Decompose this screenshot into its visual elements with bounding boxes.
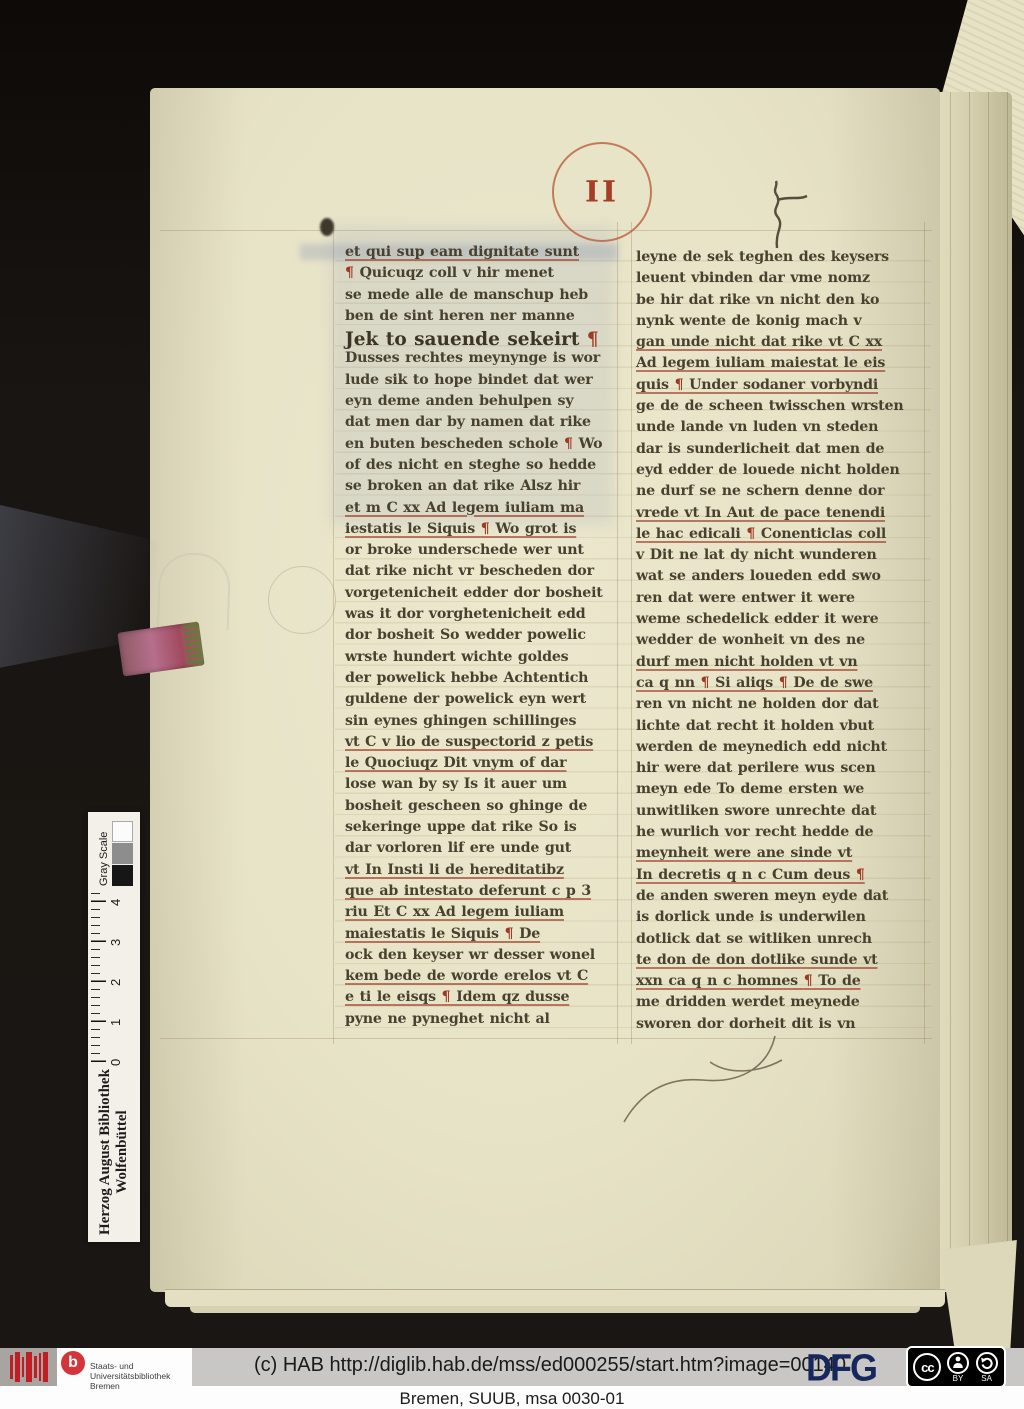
- manuscript-line: dotlick dat se witliken unrech: [636, 931, 930, 952]
- manuscript-line: v Dit ne lat dy nicht wunderen: [636, 547, 930, 568]
- scale-number: 3: [108, 906, 123, 946]
- manuscript-line: le Quociuqz Dit vnym of dar: [345, 755, 617, 776]
- suub-library-name: Staats- und Universitätsbibliothek Breme…: [90, 1361, 170, 1391]
- manuscript-line: dat men dar by namen dat rike: [345, 414, 617, 435]
- ink-blot: [320, 218, 334, 236]
- cc-icon: cc: [913, 1353, 941, 1381]
- underlying-page-edge: [165, 1289, 945, 1307]
- manuscript-line: unde lande vn luden vn steden: [636, 419, 930, 440]
- scale-number: 1: [108, 986, 123, 1026]
- pilcrow-mark: ¶: [481, 521, 490, 537]
- library-name-line1: Herzog August Bibliothek: [97, 1062, 114, 1242]
- cc-license-badge: cc BY SA: [906, 1346, 1006, 1388]
- scale-number: 0: [108, 1026, 123, 1066]
- manuscript-line: wrste hundert wichte goldes: [345, 649, 617, 670]
- pilcrow-mark: ¶: [345, 265, 354, 281]
- manuscript-line: Jek to sauende sekeirt ¶: [345, 329, 617, 350]
- manuscript-line: der powelick hebbe Achtentich: [345, 670, 617, 691]
- pilcrow-mark: ¶: [564, 436, 573, 452]
- manuscript-line: maiestatis le Siquis ¶ De: [345, 926, 617, 947]
- manuscript-line: et qui sup eam dignitate sunt: [345, 244, 617, 265]
- manuscript-line: riu Et C xx Ad legem iuliam: [345, 904, 617, 925]
- manuscript-line: se mede alle de manschup heb: [345, 287, 617, 308]
- manuscript-line: bosheit gescheen so ghinge de: [345, 798, 617, 819]
- underlying-page-edge-2: [190, 1306, 920, 1313]
- manuscript-line: dor bosheit So wedder powelic: [345, 627, 617, 648]
- right-text-column: leyne de sek teghen des keysersleuent vb…: [636, 249, 930, 1037]
- barcode-bar: [34, 1356, 37, 1378]
- manuscript-line: xxn ca q n c homnes ¶ To de: [636, 973, 930, 994]
- manuscript-line: Ad legem iuliam maiestat le eis: [636, 355, 930, 376]
- by-person-icon: [946, 1351, 970, 1375]
- owning-library-label: Herzog August Bibliothek Wolfenbüttel: [88, 1062, 140, 1242]
- gray-scale-square-gray: [112, 843, 133, 864]
- manuscript-line: en buten bescheden schole ¶ Wo: [345, 436, 617, 457]
- manuscript-line: vrede vt In Aut de pace tenendi: [636, 505, 930, 526]
- faint-pencil-circle: [268, 566, 336, 634]
- manuscript-line: unwitliken swore unrechte dat: [636, 803, 930, 824]
- barcode-bar: [15, 1352, 20, 1382]
- manuscript-line: lose wan by sy Is it auer um: [345, 776, 617, 797]
- manuscript-line: ¶ Quicuqz coll v hir menet: [345, 265, 617, 286]
- suub-name-line1: Staats- und: [90, 1361, 170, 1371]
- manuscript-line: de anden sweren meyn eyde dat: [636, 888, 930, 909]
- manuscript-line: In decretis q n c Cum deus ¶: [636, 867, 930, 888]
- manuscript-line: ren dat were entwer it were: [636, 590, 930, 611]
- manuscript-line: te don de don dotlike sunde vt: [636, 952, 930, 973]
- manuscript-line: e ti le eisqs ¶ Idem qz dusse: [345, 989, 617, 1010]
- manuscript-line: me dridden werdet meynede: [636, 994, 930, 1015]
- scale-numbers: 01234: [108, 866, 123, 1066]
- sa-arrow-icon: [975, 1351, 999, 1375]
- suub-barcode-logo: [0, 1348, 57, 1386]
- manuscript-line: werden de meynedich edd nicht: [636, 739, 930, 760]
- manuscript-line: lude sik to hope bindet dat wer: [345, 372, 617, 393]
- pilcrow-mark: ¶: [505, 926, 514, 942]
- ruling-line-vertical: [631, 222, 632, 1044]
- barcode-bar: [10, 1355, 13, 1379]
- manuscript-line: le hac edicali ¶ Conenticlas coll: [636, 526, 930, 547]
- library-name-line2: Wolfenbüttel: [114, 1062, 131, 1242]
- photo-background: II et qui sup eam dignitate sunt¶ Quicuq…: [0, 0, 1024, 1348]
- manuscript-line: dar is sunderlicheit dat men de: [636, 441, 930, 462]
- manuscript-line: pyne ne pyneghet nicht al: [345, 1011, 617, 1032]
- manuscript-line: or broke underschede wer unt: [345, 542, 617, 563]
- manuscript-line: kem bede de worde erelos vt C: [345, 968, 617, 989]
- scale-number: 2: [108, 946, 123, 986]
- by-label: BY: [953, 1375, 964, 1383]
- manuscript-line: sekeringe uppe dat rike So is: [345, 819, 617, 840]
- manuscript-line: sin eynes ghingen schillinges: [345, 713, 617, 734]
- manuscript-line: hir were dat perilere wus scen: [636, 760, 930, 781]
- pilcrow-mark: ¶: [442, 989, 451, 1005]
- pilcrow-mark: ¶: [779, 675, 788, 691]
- manuscript-line: meynheit were ane sinde vt: [636, 845, 930, 866]
- manuscript-line: ge de de scheen twisschen wrsten: [636, 398, 930, 419]
- manuscript-line: ne durf se ne schern denne dor: [636, 483, 930, 504]
- manuscript-line: Dusses rechtes meynynge is wor: [345, 350, 617, 371]
- manuscript-line: lichte dat recht it holden vbut: [636, 718, 930, 739]
- manuscript-line: ock den keyser wr desser wonel: [345, 947, 617, 968]
- manuscript-line: weme schedelick edder it were: [636, 611, 930, 632]
- manuscript-line: ren vn nicht ne holden dor dat: [636, 696, 930, 717]
- manuscript-line: was it dor vorghetenicheit edd: [345, 606, 617, 627]
- pen-flourish-bottom: [610, 1032, 840, 1127]
- by-icon-stack: BY: [946, 1351, 970, 1383]
- manuscript-line: que ab intestato deferunt c p 3: [345, 883, 617, 904]
- manuscript-line: wedder de wonheit vn des ne: [636, 632, 930, 653]
- pilcrow-mark: ¶: [587, 329, 599, 350]
- scale-major-ticks: [91, 892, 106, 1062]
- gray-scale-square-white: [112, 821, 133, 842]
- pilcrow-mark: ¶: [856, 867, 865, 883]
- folio-number-circle: II: [552, 142, 652, 242]
- manuscript-line: dar vorloren lif ere unde gut: [345, 840, 617, 861]
- barcode-bar: [26, 1352, 32, 1382]
- manuscript-line: vorgetenicheit edder dor bosheit: [345, 585, 617, 606]
- manuscript-line: nynk wente de konig mach v: [636, 313, 930, 334]
- dfg-logo: DFG: [806, 1346, 876, 1390]
- manuscript-line: iestatis le Siquis ¶ Wo grot is: [345, 521, 617, 542]
- manuscript-line: eyn deme anden behulpen sy: [345, 393, 617, 414]
- manuscript-line: guldene der powelick eyn wert: [345, 691, 617, 712]
- pilcrow-mark: ¶: [701, 675, 710, 691]
- manuscript-line: wat se anders loueden edd swo: [636, 568, 930, 589]
- cc-icon-stack: cc: [913, 1353, 941, 1381]
- manuscript-line: dat rike nicht vr bescheden dor: [345, 563, 617, 584]
- barcode-bar: [22, 1357, 24, 1377]
- pilcrow-mark: ¶: [804, 973, 813, 989]
- folio-number: II: [585, 175, 619, 208]
- left-text-column: et qui sup eam dignitate sunt¶ Quicuqz c…: [345, 244, 617, 1032]
- barcode-bar: [39, 1353, 41, 1381]
- manuscript-line: leyne de sek teghen des keysers: [636, 249, 930, 270]
- manuscript-line: he wurlich vor recht hedde de: [636, 824, 930, 845]
- manuscript-line: vt In Insti li de hereditatibz: [345, 862, 617, 883]
- reference-ruler-strip: Herzog August Bibliothek Wolfenbüttel 01…: [88, 812, 140, 1242]
- manuscript-line: gan unde nicht dat rike vt C xx: [636, 334, 930, 355]
- manuscript-line: be hir dat rike vn nicht den ko: [636, 292, 930, 313]
- scale-number: 4: [108, 866, 123, 906]
- manuscript-line: eyd edder de louede nicht holden: [636, 462, 930, 483]
- barcode-bar: [43, 1352, 48, 1382]
- suub-name-line2: Universitätsbibliothek: [90, 1371, 170, 1381]
- manuscript-line: ben de sint heren ner manne: [345, 308, 617, 329]
- manuscript-line: ca q nn ¶ Si aliqs ¶ De de swe: [636, 675, 930, 696]
- manuscript-line: vt C v lio de suspectorid z petis: [345, 734, 617, 755]
- book-fore-edge-bottom: [940, 1240, 1020, 1348]
- manuscript-line: meyn ede To deme ersten we: [636, 781, 930, 802]
- sa-label: SA: [981, 1375, 992, 1383]
- manuscript-line: et m C xx Ad legem iuliam ma: [345, 500, 617, 521]
- ruling-line-vertical: [617, 222, 618, 1044]
- manuscript-line: quis ¶ Under sodaner vorbyndi: [636, 377, 930, 398]
- suub-b-logo: b: [61, 1351, 85, 1375]
- pilcrow-mark: ¶: [746, 526, 755, 542]
- manuscript-line: is dorlick unde is underwilen: [636, 909, 930, 930]
- copyright-url: (c) HAB http://diglib.hab.de/mss/ed00025…: [200, 1354, 900, 1377]
- manuscript-line: leuent vbinden dar vme nomz: [636, 270, 930, 291]
- shelfmark-caption: Bremen, SUUB, msa 0030-01: [0, 1389, 1024, 1409]
- sa-icon-stack: SA: [975, 1351, 999, 1383]
- manuscript-line: durf men nicht holden vt vn: [636, 654, 930, 675]
- pen-flourish-top: [745, 178, 815, 253]
- manuscript-line: of des nicht en steghe so hedde: [345, 457, 617, 478]
- cm-scale: 01234: [88, 890, 140, 1062]
- pilcrow-mark: ¶: [675, 377, 684, 393]
- book-fore-edge: [932, 92, 1012, 1292]
- digitized-manuscript-scan: II et qui sup eam dignitate sunt¶ Quicuq…: [0, 0, 1024, 1409]
- manuscript-line: se broken an dat rike Alsz hir: [345, 478, 617, 499]
